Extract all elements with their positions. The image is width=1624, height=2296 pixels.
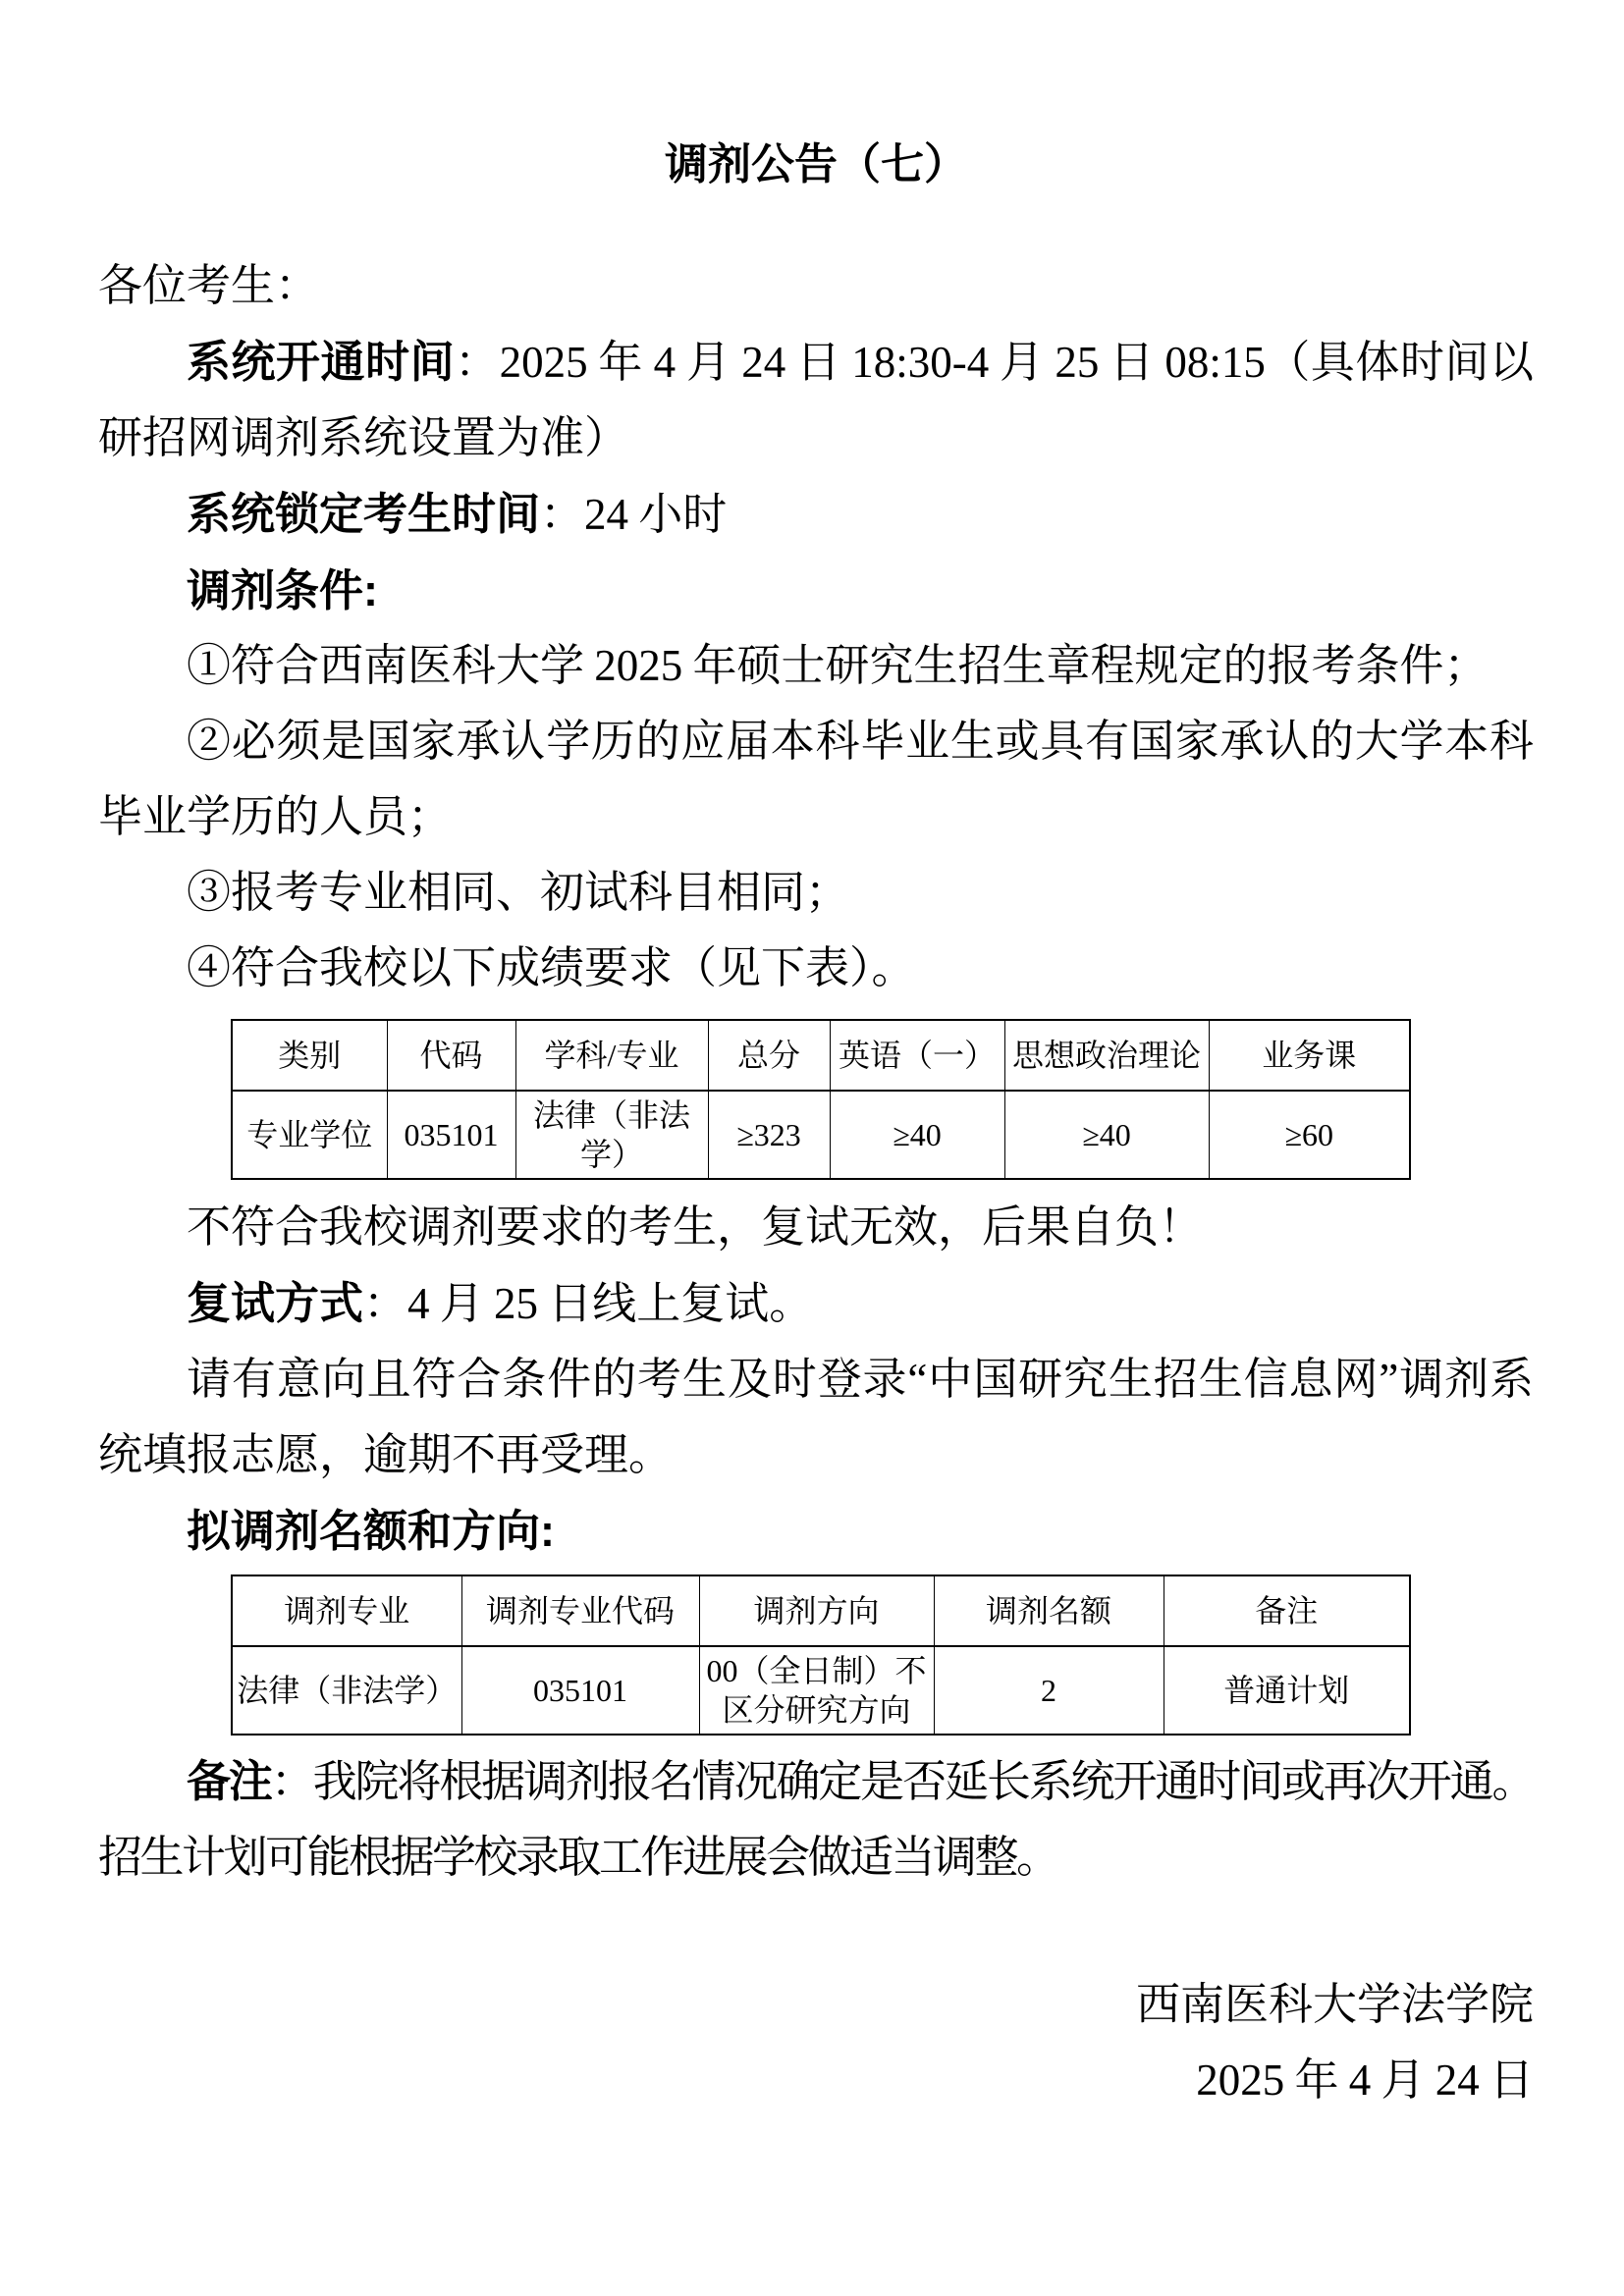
note-paragraph: 备注：我院将根据调剂报名情况确定是否延长系统开通时间或再次开通。招生计划可能根据… — [98, 1743, 1534, 1896]
lock-time-value: ：24 小时 — [540, 490, 727, 539]
salutation: 各位考生： — [98, 248, 1534, 324]
retest-paragraph: 复试方式：4 月 25 日线上复试。 — [98, 1265, 1534, 1342]
quota-header-quota: 调剂名额 — [934, 1575, 1164, 1646]
quota-table-header-row: 调剂专业 调剂专业代码 调剂方向 调剂名额 备注 — [232, 1575, 1410, 1646]
signature-org: 西南医科大学法学院 — [98, 1967, 1534, 2043]
page-title: 调剂公告（七） — [98, 126, 1534, 204]
quota-table: 调剂专业 调剂专业代码 调剂方向 调剂名额 备注 法律（非法学） 035101 … — [231, 1575, 1411, 1735]
retest-value: ：4 月 25 日线上复试。 — [363, 1279, 813, 1328]
score-table-data-row: 专业学位 035101 法律（非法学） ≥323 ≥40 ≥40 ≥60 — [232, 1091, 1410, 1179]
lock-time-label: 系统锁定考生时间 — [187, 489, 540, 539]
score-cell-category: 专业学位 — [232, 1091, 387, 1179]
document-content: 调剂公告（七） 各位考生： 系统开通时间：2025 年 4 月 24 日 18:… — [0, 0, 1624, 2118]
score-cell-politics: ≥40 — [1004, 1091, 1209, 1179]
condition-item-4: ④符合我校以下成绩要求（见下表）。 — [98, 931, 1534, 1006]
quota-header-code: 调剂专业代码 — [461, 1575, 699, 1646]
score-header-category: 类别 — [232, 1020, 387, 1091]
document-page: 调剂公告（七） 各位考生： 系统开通时间：2025 年 4 月 24 日 18:… — [0, 0, 1624, 2296]
note-value: ：我院将根据调剂报名情况确定是否延长系统开通时间或再次开通。招生计划可能根据学校… — [98, 1757, 1534, 1882]
score-cell-total: ≥323 — [708, 1091, 830, 1179]
condition-item-1: ①符合西南医科大学 2025 年硕士研究生招生章程规定的报考条件； — [98, 628, 1534, 704]
lock-time-paragraph: 系统锁定考生时间：24 小时 — [98, 476, 1534, 553]
score-header-total: 总分 — [708, 1020, 830, 1091]
open-time-label: 系统开通时间 — [187, 337, 455, 387]
score-table: 类别 代码 学科/专业 总分 英语（一） 思想政治理论 业务课 专业学位 035… — [231, 1019, 1411, 1180]
score-table-header-row: 类别 代码 学科/专业 总分 英语（一） 思想政治理论 业务课 — [232, 1020, 1410, 1091]
quota-cell-remark: 普通计划 — [1164, 1646, 1410, 1735]
retest-label: 复试方式 — [187, 1278, 363, 1328]
quota-cell-major: 法律（非法学） — [232, 1646, 461, 1735]
score-header-politics: 思想政治理论 — [1004, 1020, 1209, 1091]
quota-header-major: 调剂专业 — [232, 1575, 461, 1646]
score-cell-major: 法律（非法学） — [515, 1091, 708, 1179]
register-paragraph: 请有意向且符合条件的考生及时登录“中国研究生招生信息网”调剂系统填报志愿，逾期不… — [98, 1342, 1534, 1493]
quota-header-direction: 调剂方向 — [699, 1575, 934, 1646]
quota-table-data-row: 法律（非法学） 035101 00（全日制）不区分研究方向 2 普通计划 — [232, 1646, 1410, 1735]
score-cell-code: 035101 — [387, 1091, 515, 1179]
quota-header-remark: 备注 — [1164, 1575, 1410, 1646]
score-cell-english: ≥40 — [830, 1091, 1004, 1179]
score-header-code: 代码 — [387, 1020, 515, 1091]
quota-cell-quota: 2 — [934, 1646, 1164, 1735]
signature-block: 西南医科大学法学院 2025 年 4 月 24 日 — [98, 1967, 1534, 2118]
note-label: 备注 — [187, 1756, 271, 1806]
condition-item-2: ②必须是国家承认学历的应届本科毕业生或具有国家承认的大学本科毕业学历的人员； — [98, 704, 1534, 855]
score-header-major: 学科/专业 — [515, 1020, 708, 1091]
score-cell-business: ≥60 — [1209, 1091, 1410, 1179]
score-header-business: 业务课 — [1209, 1020, 1410, 1091]
conditions-heading: 调剂条件: — [98, 553, 1534, 628]
signature-date: 2025 年 4 月 24 日 — [98, 2043, 1534, 2118]
warning-text: 不符合我校调剂要求的考生，复试无效，后果自负！ — [98, 1190, 1534, 1265]
quota-heading: 拟调剂名额和方向: — [98, 1493, 1534, 1569]
quota-cell-direction: 00（全日制）不区分研究方向 — [699, 1646, 934, 1735]
condition-item-3: ③报考专业相同、初试科目相同； — [98, 855, 1534, 931]
score-header-english: 英语（一） — [830, 1020, 1004, 1091]
quota-cell-code: 035101 — [461, 1646, 699, 1735]
open-time-paragraph: 系统开通时间：2025 年 4 月 24 日 18:30-4 月 25 日 08… — [98, 324, 1534, 476]
